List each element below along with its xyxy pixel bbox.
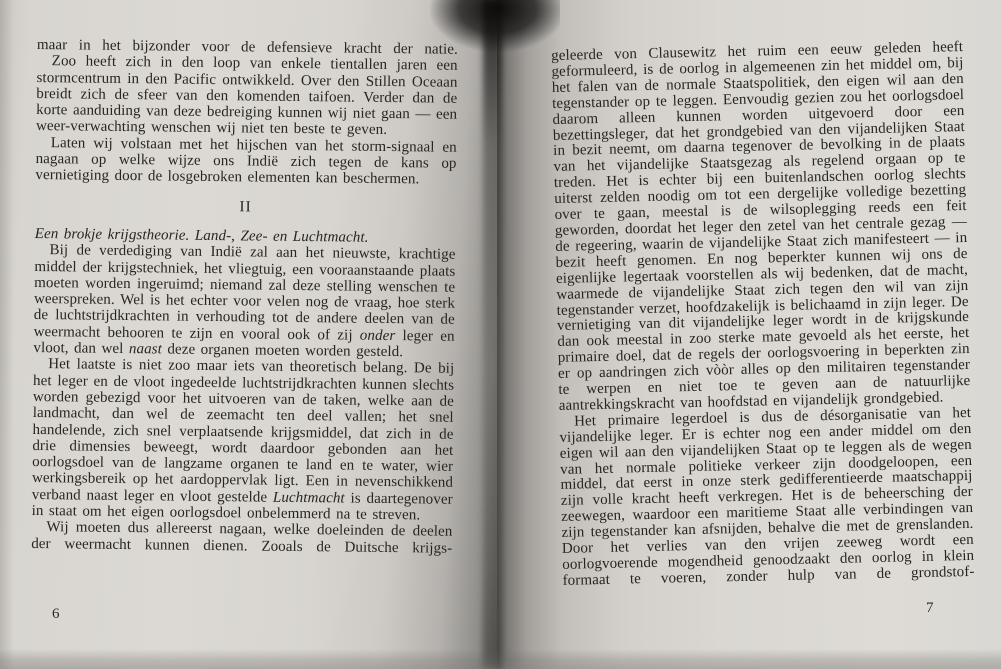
page-number: 7 — [926, 600, 934, 617]
page-number: 6 — [52, 606, 60, 623]
left-edge-shadow — [0, 0, 14, 669]
paragraph: Bij de verdediging van Indië zal aan het… — [33, 242, 455, 361]
book-spine-shadow — [483, 0, 501, 669]
paragraph: geleerde von Clausewitz het ruim een eeu… — [551, 40, 971, 415]
section-number: II — [35, 197, 456, 218]
paragraph: Zoo heeft zich in den loop van enkele ti… — [36, 53, 458, 139]
bottom-edge-shadow — [0, 649, 1001, 669]
right-page-text-column: geleerde von Clausewitz het ruim een eeu… — [551, 40, 975, 590]
paragraph: Wij moeten dus allereerst nagaan, welke … — [31, 519, 452, 556]
book-scan: maar in het bijzonder voor de defensieve… — [0, 0, 1001, 669]
paragraph: Het primaire legerdoel is dus de désorga… — [559, 406, 975, 590]
left-page-text-column: maar in het bijzonder voor de defensieve… — [31, 37, 458, 557]
paragraph: Laten wij volstaan met het hijschen van … — [35, 135, 457, 189]
paragraph: Het laatste is niet zoo maar iets van th… — [32, 356, 455, 524]
